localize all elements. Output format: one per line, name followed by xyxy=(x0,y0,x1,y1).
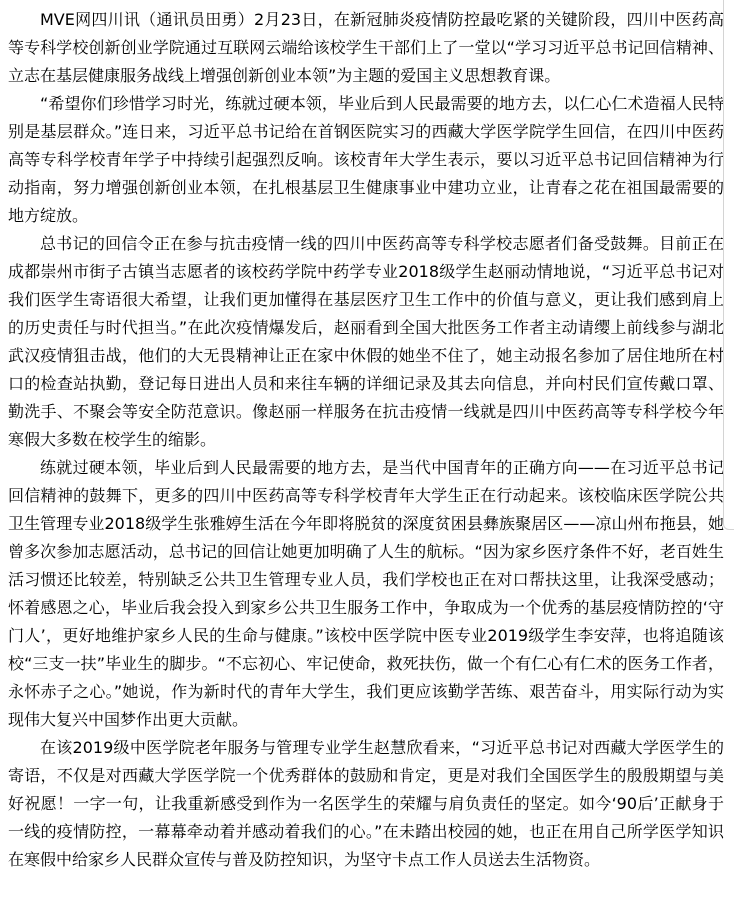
article-body: MVE网四川讯（通讯员田勇）2月23日，在新冠肺炎疫情防控最吃紧的关键阶段，四川… xyxy=(8,6,724,874)
paragraph-zhangyating-lianping: 练就过硬本领，毕业后到人民最需要的地方去，是当代中国青年的正确方向——在习近平总… xyxy=(8,454,724,734)
paragraph-letter-quote: “希望你们珍惜学习时光，练就过硬本领，毕业后到人民最需要的地方去，以仁心仁术造福… xyxy=(8,90,724,230)
paragraph-intro: MVE网四川讯（通讯员田勇）2月23日，在新冠肺炎疫情防控最吃紧的关键阶段，四川… xyxy=(8,6,724,90)
paragraph-volunteer-zhaoli: 总书记的回信令正在参与抗击疫情一线的四川中医药高等专科学校志愿者们备受鼓舞。目前… xyxy=(8,230,724,454)
document-page: MVE网四川讯（通讯员田勇）2月23日，在新冠肺炎疫情防控最吃紧的关键阶段，四川… xyxy=(0,0,734,911)
paragraph-zhaohuixin-closing: 在该2019级中医学院老年服务与管理专业学生赵慧欣看来，“习近平总书记对西藏大学… xyxy=(8,734,724,874)
scrollbar-thumb[interactable] xyxy=(723,0,734,530)
